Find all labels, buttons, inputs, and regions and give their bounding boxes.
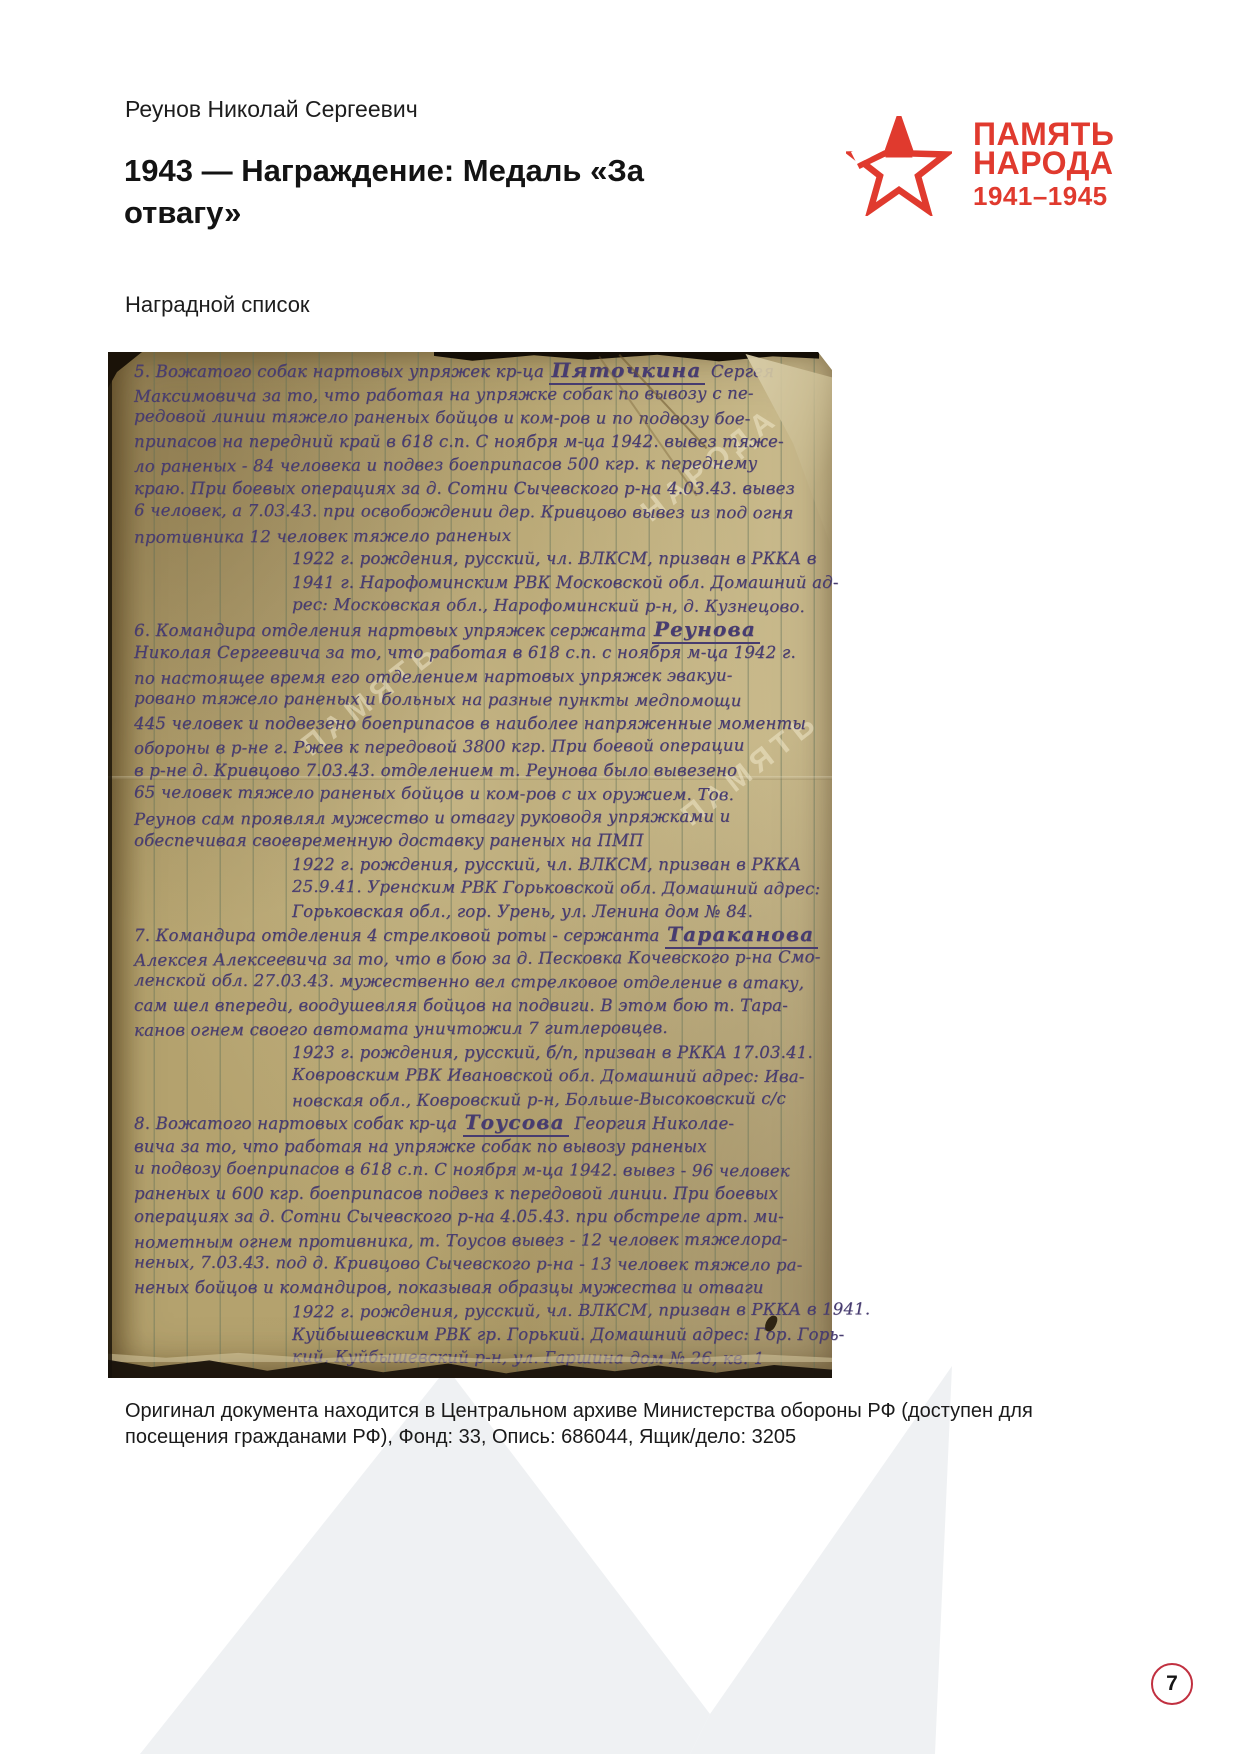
logo-years: 1941–1945	[973, 181, 1114, 211]
page-title-line2: отвагу»	[124, 192, 644, 234]
scan-line: операциях за д. Сотни Сычевского р-на 4.…	[134, 1205, 814, 1229]
logo-word-2: НАРОДА	[973, 149, 1114, 178]
scan-line-text: вича за то, что работая на упряжке собак…	[134, 1137, 707, 1156]
scan-line-text: в р-не д. Кривцово 7.03.43. отделением т…	[134, 761, 737, 780]
scan-line: 1941 г. Нарофоминским РВК Московской обл…	[292, 571, 814, 595]
scan-line: 5. Вожатого собак нартовых упряжек кр-ца…	[134, 359, 814, 383]
scan-line: канов огнем своего автомата уничтожил 7 …	[134, 1015, 814, 1042]
scan-line-text: обеспечивая своевременную доставку ранен…	[134, 831, 644, 850]
scan-line: Николая Сергеевича за то, что работая в …	[134, 641, 814, 665]
page-title-line1: 1943 — Награждение: Медаль «За	[124, 150, 644, 192]
scan-line: 25.9.41. Уренским РВК Горьковской обл. Д…	[292, 875, 814, 901]
scan-line-text: 1922 г. рождения, русский, чл. ВЛКСМ, пр…	[292, 549, 817, 568]
scan-line: обеспечивая своевременную доставку ранен…	[134, 829, 814, 853]
scan-line: Реунов сам проявлял мужество и отвагу ру…	[134, 804, 814, 831]
archive-reference-line1: Оригинал документа находится в Центральн…	[125, 1399, 1135, 1425]
scan-line-text: Горьковская обл., гор. Урень, ул. Ленина…	[292, 902, 753, 921]
scan-line: нометным огнем противника, т. Тоусов выв…	[134, 1227, 814, 1254]
scan-handwriting: 5. Вожатого собак нартовых упряжек кр-ца…	[134, 359, 814, 1370]
scan-line: в р-не д. Кривцово 7.03.43. отделением т…	[134, 759, 814, 783]
scan-line: редовой линии тяжело раненых бойцов и ко…	[134, 405, 814, 431]
scan-torn-edge-left	[108, 352, 112, 1378]
scan-line: 1922 г. рождения, русский, чл. ВЛКСМ, пр…	[292, 853, 814, 877]
scan-line-text: 1923 г. рождения, русский, б/п, призван …	[292, 1043, 813, 1062]
scan-line: противника 12 человек тяжело раненых	[134, 522, 814, 549]
scan-line-text: ровано тяжело раненых и больных на разны…	[134, 689, 742, 711]
scan-line: 1922 г. рождения, русский, чл. ВЛКСМ, пр…	[292, 547, 814, 571]
scan-line: припасов на передний край в 618 с.п. С н…	[134, 430, 814, 454]
red-star-icon	[846, 116, 952, 216]
scan-line: Алексея Алексеевича за то, что в бою за …	[134, 945, 814, 972]
scan-line: вича за то, что работая на упряжке собак…	[134, 1135, 814, 1159]
scan-line: рес: Московская обл., Нарофоминский р-н,…	[292, 593, 814, 619]
scan-line: неных, 7.03.43. под д. Кривцово Сычевско…	[134, 1251, 814, 1277]
scan-line-text: 445 человек и подвезено боеприпасов в на…	[134, 714, 806, 733]
scan-line-text: по настоящее время его отделением нартов…	[134, 665, 733, 687]
scan-line-text: 1941 г. Нарофоминским РВК Московской обл…	[292, 573, 839, 592]
page-title: 1943 — Награждение: Медаль «За отвагу»	[124, 150, 644, 234]
scan-line: Куйбышевским РВК гр. Горький. Домашний а…	[292, 1323, 814, 1347]
scan-line-text: операциях за д. Сотни Сычевского р-на 4.…	[134, 1207, 784, 1226]
scan-line-text: редовой линии тяжело раненых бойцов и ко…	[134, 407, 751, 429]
scan-line: раненых и 600 кгр. боеприпасов подвез к …	[134, 1182, 814, 1206]
scan-line-text: канов огнем своего автомата уничтожил 7 …	[134, 1018, 668, 1040]
scan-line-text: 65 человек тяжело раненых бойцов и ком-р…	[134, 783, 734, 805]
scan-line: 1923 г. рождения, русский, б/п, призван …	[292, 1041, 814, 1065]
scan-line-text: 7. Командира отделения 4 стрелковой роты…	[134, 926, 665, 945]
page-number-badge: 7	[1151, 1663, 1193, 1705]
scan-line: ленской обл. 27.03.43. мужественно вел с…	[134, 969, 814, 995]
scan-line: Ковровским РВК Ивановской обл. Домашний …	[292, 1063, 814, 1089]
document-type-label: Наградной список	[125, 292, 310, 318]
scan-line: по настоящее время его отделением нартов…	[134, 663, 814, 690]
scan-line: Максимовича за то, что работая на упряжк…	[134, 381, 814, 408]
scan-line-text: противника 12 человек тяжело раненых	[134, 525, 511, 546]
scan-line: ровано тяжело раненых и больных на разны…	[134, 687, 814, 713]
logo-text: ПАМЯТЬ НАРОДА 1941–1945	[973, 120, 1114, 211]
scan-line-text: и подвозу боеприпасов в 618 с.п. С ноябр…	[134, 1159, 790, 1181]
scan-line-text: ло раненых - 84 человека и подвез боепри…	[134, 454, 757, 476]
scan-line: неных бойцов и командиров, показывая обр…	[134, 1276, 814, 1300]
scan-line: 1922 г. рождения, русский, чл. ВЛКСМ, пр…	[292, 1298, 814, 1324]
archive-reference-line2: посещения гражданами РФ), Фонд: 33, Опис…	[125, 1425, 1135, 1451]
memory-of-people-logo: ПАМЯТЬ НАРОДА 1941–1945	[846, 112, 1136, 222]
scan-line: 65 человек тяжело раненых бойцов и ком-р…	[134, 781, 814, 807]
scan-line: 6 человек, а 7.03.43. при освобождении д…	[134, 499, 814, 525]
scan-line-text: Куйбышевским РВК гр. Горький. Домашний а…	[292, 1325, 844, 1344]
scan-line-text: 1922 г. рождения, русский, чл. ВЛКСМ, пр…	[292, 855, 801, 874]
scan-line: Горьковская обл., гор. Урень, ул. Ленина…	[292, 900, 814, 924]
award-document-scan: ПАМЯТЬ НАРОДА ПАМЯТЬ 5. Вожатого собак н…	[108, 352, 832, 1378]
underlined-name: Реунова	[652, 617, 760, 644]
scan-line-text: 1922 г. рождения, русский, чл. ВЛКСМ, пр…	[292, 1299, 870, 1321]
scan-line-text: 6. Командира отделения нартовых упряжек …	[134, 621, 652, 640]
scan-line: новская обл., Ковровский р-н, Больше-Выс…	[292, 1086, 814, 1112]
scan-line: 7. Командира отделения 4 стрелковой роты…	[134, 923, 814, 947]
person-name: Реунов Николай Сергеевич	[125, 96, 418, 123]
underlined-name: Тоусова	[463, 1110, 569, 1137]
scan-line: ло раненых - 84 человека и подвез боепри…	[134, 451, 814, 478]
scan-line-text: Георгия Николае-	[569, 1114, 734, 1133]
scan-line-text: Максимовича за то, что работая на упряжк…	[134, 383, 754, 405]
scan-line-text: Николая Сергеевича за то, что работая в …	[134, 643, 796, 662]
scan-line-text: нометным огнем противника, т. Тоусов выв…	[134, 1229, 788, 1251]
scan-line-text: Алексея Алексеевича за то, что в бою за …	[134, 947, 821, 970]
scan-line-text: обороны в р-не г. Ржев к передовой 3800 …	[134, 736, 745, 758]
scan-line-text: новская обл., Ковровский р-н, Больше-Выс…	[292, 1088, 786, 1110]
scan-line-text: 5. Вожатого собак нартовых упряжек кр-ца	[134, 362, 549, 381]
scan-line: 8. Вожатого нартовых собак кр-ца Тоусова…	[134, 1111, 814, 1135]
scan-line-text: 6 человек, а 7.03.43. при освобождении д…	[134, 501, 794, 523]
scan-line-text: неных, 7.03.43. под д. Кривцово Сычевско…	[134, 1253, 803, 1275]
scan-line: 6. Командира отделения нартовых упряжек …	[134, 618, 814, 642]
scan-line-text: припасов на передний край в 618 с.п. С н…	[134, 432, 784, 451]
scan-line-text: Реунов сам проявлял мужество и отвагу ру…	[134, 806, 731, 828]
scan-line: 445 человек и подвезено боеприпасов в на…	[134, 712, 814, 736]
scan-line-text: 8. Вожатого нартовых собак кр-ца	[134, 1114, 463, 1133]
scan-line-text: 25.9.41. Уренским РВК Горьковской обл. Д…	[292, 877, 820, 898]
scan-line: и подвозу боеприпасов в 618 с.п. С ноябр…	[134, 1157, 814, 1183]
scan-line-text: ленской обл. 27.03.43. мужественно вел с…	[134, 971, 804, 993]
scan-line: обороны в р-не г. Ржев к передовой 3800 …	[134, 733, 814, 760]
page-root: Реунов Николай Сергеевич 1943 — Награжде…	[0, 0, 1241, 1754]
scan-line-text: сам шел впереди, воодушевляя бойцов на п…	[134, 996, 788, 1015]
scan-line-text: раненых и 600 кгр. боеприпасов подвез к …	[134, 1184, 778, 1203]
scan-line: сам шел впереди, воодушевляя бойцов на п…	[134, 994, 814, 1018]
scan-line-text: рес: Московская обл., Нарофоминский р-н,…	[292, 595, 805, 616]
scan-line: краю. При боевых операциях за д. Сотни С…	[134, 477, 814, 501]
archive-reference: Оригинал документа находится в Центральн…	[125, 1399, 1135, 1450]
scan-line-text: Ковровским РВК Ивановской обл. Домашний …	[292, 1065, 805, 1086]
scan-line-text: неных бойцов и командиров, показывая обр…	[134, 1278, 764, 1297]
